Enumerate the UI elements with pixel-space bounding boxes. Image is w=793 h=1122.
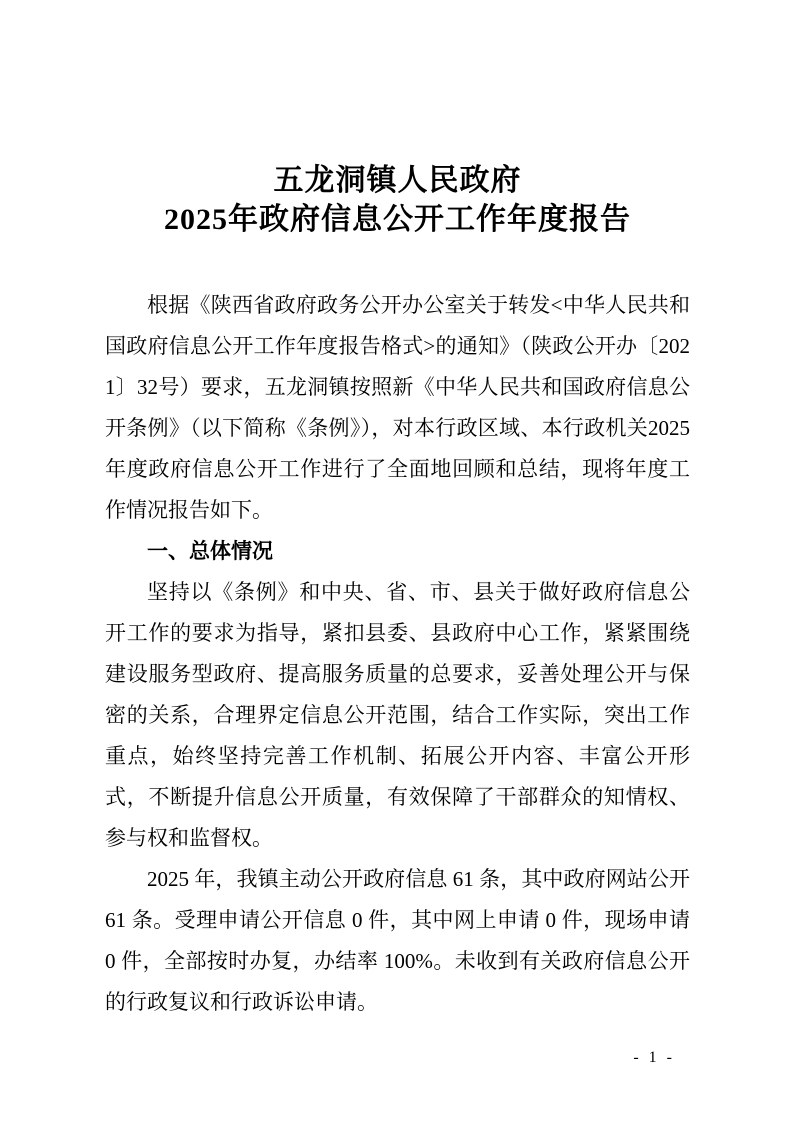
document-title: 五龙洞镇人民政府 2025年政府信息公开工作年度报告 (105, 161, 690, 239)
document-title-line1: 五龙洞镇人民政府 (105, 161, 690, 200)
overview-paragraph: 坚持以《条例》和中央、省、市、县关于做好政府信息公开工作的要求为指导，紧扣县委、… (105, 572, 690, 859)
document-page: 五龙洞镇人民政府 2025年政府信息公开工作年度报告 根据《陕西省政府政务公开办… (0, 0, 793, 1122)
statistics-paragraph: 2025 年，我镇主动公开政府信息 61 条，其中政府网站公开 61 条。受理申… (105, 859, 690, 1023)
page-number: - 1 - (633, 1050, 675, 1066)
section1-heading: 一、总体情况 (105, 531, 690, 572)
intro-paragraph: 根据《陕西省政府政务公开办公室关于转发<中华人民共和国政府信息公开工作年度报告格… (105, 285, 690, 531)
document-title-line2: 2025年政府信息公开工作年度报告 (105, 200, 690, 239)
document-body: 根据《陕西省政府政务公开办公室关于转发<中华人民共和国政府信息公开工作年度报告格… (105, 285, 690, 1023)
